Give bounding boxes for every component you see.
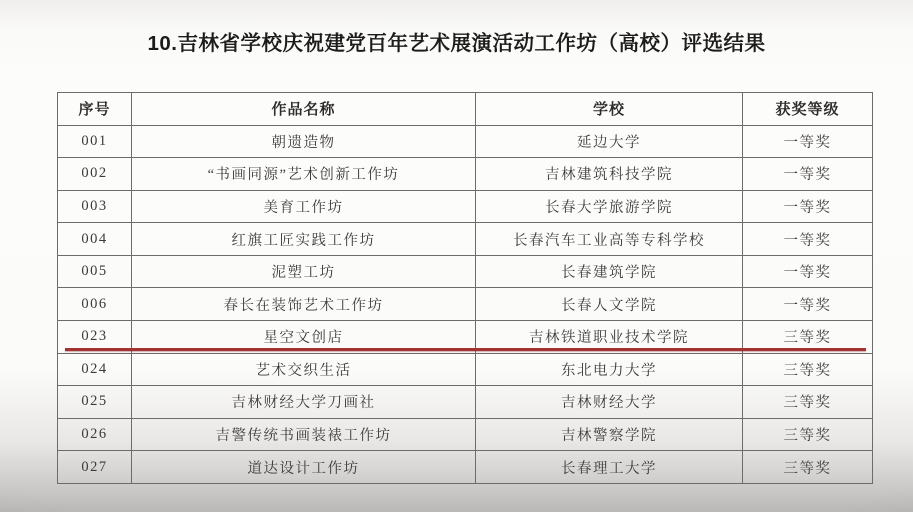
table-header-row: 序号 作品名称 学校 获奖等级 [58, 93, 873, 126]
table-row: 006春长在装饰艺术工作坊长春人文学院一等奖 [58, 288, 873, 321]
school-name: 长春汽车工业高等专科学校 [476, 223, 743, 256]
row-index: 005 [58, 255, 132, 288]
row-index: 002 [58, 158, 132, 191]
work-name: 朝遗造物 [132, 125, 476, 158]
col-header-work: 作品名称 [132, 93, 476, 126]
school-name: 吉林警察学院 [476, 418, 743, 451]
col-header-award: 获奖等级 [743, 93, 873, 126]
award-level: 三等奖 [743, 353, 873, 386]
table-row: 001朝遗造物延边大学一等奖 [58, 125, 873, 158]
award-level: 一等奖 [743, 125, 873, 158]
row-index: 027 [58, 451, 132, 484]
award-level: 三等奖 [743, 386, 873, 419]
work-name: 艺术交织生活 [132, 353, 476, 386]
table-row: 005泥塑工坊长春建筑学院一等奖 [58, 255, 873, 288]
row-index: 006 [58, 288, 132, 321]
work-name: 吉警传统书画装裱工作坊 [132, 418, 476, 451]
col-header-index: 序号 [58, 93, 132, 126]
school-name: 吉林财经大学 [476, 386, 743, 419]
school-name: 长春大学旅游学院 [476, 190, 743, 223]
award-level: 一等奖 [743, 158, 873, 191]
award-level: 一等奖 [743, 190, 873, 223]
award-level: 三等奖 [743, 418, 873, 451]
award-level: 三等奖 [743, 451, 873, 484]
row-index: 003 [58, 190, 132, 223]
work-name: 吉林财经大学刀画社 [132, 386, 476, 419]
row-index: 025 [58, 386, 132, 419]
school-name: 长春建筑学院 [476, 255, 743, 288]
table-row: 024艺术交织生活东北电力大学三等奖 [58, 353, 873, 386]
school-name: 长春人文学院 [476, 288, 743, 321]
work-name: 泥塑工坊 [132, 255, 476, 288]
work-name: “书画同源”艺术创新工作坊 [132, 158, 476, 191]
award-level: 一等奖 [743, 255, 873, 288]
table-row: 004红旗工匠实践工作坊长春汽车工业高等专科学校一等奖 [58, 223, 873, 256]
row-index: 024 [58, 353, 132, 386]
award-level: 一等奖 [743, 223, 873, 256]
results-table: 序号 作品名称 学校 获奖等级 001朝遗造物延边大学一等奖002“书画同源”艺… [57, 92, 872, 483]
row-index: 004 [58, 223, 132, 256]
work-name: 美育工作坊 [132, 190, 476, 223]
row-index: 001 [58, 125, 132, 158]
table-row: 002“书画同源”艺术创新工作坊吉林建筑科技学院一等奖 [58, 158, 873, 191]
school-name: 吉林建筑科技学院 [476, 158, 743, 191]
table-row: 025吉林财经大学刀画社吉林财经大学三等奖 [58, 386, 873, 419]
document-photo: 10.吉林省学校庆祝建党百年艺术展演活动工作坊（高校）评选结果 序号 作品名称 … [0, 0, 913, 512]
school-name: 东北电力大学 [476, 353, 743, 386]
school-name: 延边大学 [476, 125, 743, 158]
school-name: 长春理工大学 [476, 451, 743, 484]
red-underline-annotation [65, 348, 866, 351]
award-level: 一等奖 [743, 288, 873, 321]
col-header-school: 学校 [476, 93, 743, 126]
table-row: 003美育工作坊长春大学旅游学院一等奖 [58, 190, 873, 223]
work-name: 春长在装饰艺术工作坊 [132, 288, 476, 321]
page-title: 10.吉林省学校庆祝建党百年艺术展演活动工作坊（高校）评选结果 [0, 26, 913, 56]
awards-table: 序号 作品名称 学校 获奖等级 001朝遗造物延边大学一等奖002“书画同源”艺… [57, 92, 873, 484]
table-row: 026吉警传统书画装裱工作坊吉林警察学院三等奖 [58, 418, 873, 451]
work-name: 道达设计工作坊 [132, 451, 476, 484]
work-name: 红旗工匠实践工作坊 [132, 223, 476, 256]
row-index: 026 [58, 418, 132, 451]
table-row: 027道达设计工作坊长春理工大学三等奖 [58, 451, 873, 484]
